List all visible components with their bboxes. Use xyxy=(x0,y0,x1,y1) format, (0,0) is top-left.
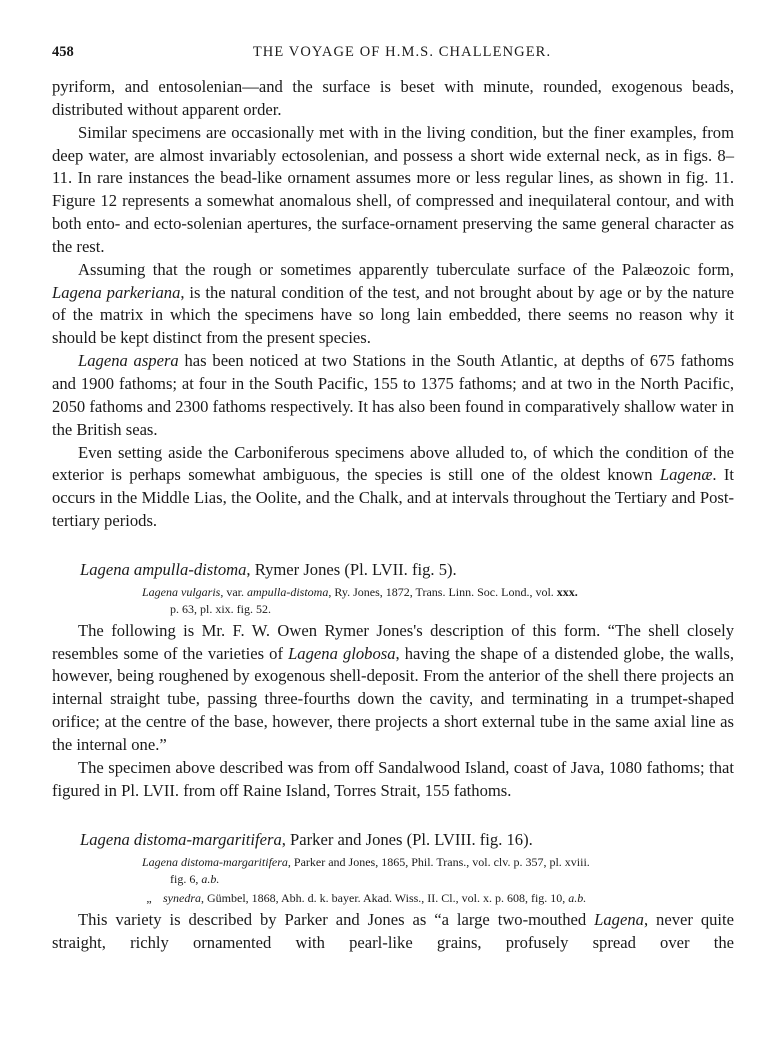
species-name: Lagena distoma-margaritifera xyxy=(80,830,282,849)
running-title: THE VOYAGE OF H.M.S. CHALLENGER. xyxy=(52,44,734,61)
synonymy-entry: „ synedra, Gümbel, 1868, Abh. d. k. baye… xyxy=(52,890,734,907)
body-text: pyriform, and entosolenian—and the surfa… xyxy=(52,76,734,955)
synonymy-entry: Lagena vulgaris, var. ampulla-distoma, R… xyxy=(52,584,734,618)
taxon-name: Lagena parkeriana xyxy=(52,283,180,302)
taxon-name: Lagena xyxy=(594,910,644,929)
paragraph-description: The following is Mr. F. W. Owen Rymer Jo… xyxy=(52,620,734,757)
paragraph-geological-range: Even setting aside the Carboniferous spe… xyxy=(52,442,734,533)
paragraph-continuation: pyriform, and entosolenian—and the surfa… xyxy=(52,76,734,122)
taxon-name: Lagena globosa xyxy=(288,644,395,663)
species-heading-distoma-margaritifera: Lagena distoma-margaritifera, Parker and… xyxy=(52,829,734,852)
species-heading-ampulla-distoma: Lagena ampulla-distoma, Rymer Jones (Pl.… xyxy=(52,559,734,582)
paragraph-distribution: Lagena aspera has been noticed at two St… xyxy=(52,350,734,441)
ditto-mark: „ xyxy=(138,890,160,907)
taxon-name: Lagena aspera xyxy=(78,351,179,370)
taxon-name: Lagenæ xyxy=(660,465,713,484)
species-name: Lagena ampulla-distoma xyxy=(80,560,246,579)
paragraph-similar-specimens: Similar specimens are occasionally met w… xyxy=(52,122,734,259)
paragraph-variety-description: This variety is described by Parker and … xyxy=(52,909,734,955)
page-header: 458 THE VOYAGE OF H.M.S. CHALLENGER. xyxy=(52,44,734,64)
paragraph-locality: The specimen above described was from of… xyxy=(52,757,734,803)
synonymy-entry: Lagena distoma-margaritifera, Parker and… xyxy=(52,854,734,888)
paragraph-assuming: Assuming that the rough or sometimes app… xyxy=(52,259,734,350)
